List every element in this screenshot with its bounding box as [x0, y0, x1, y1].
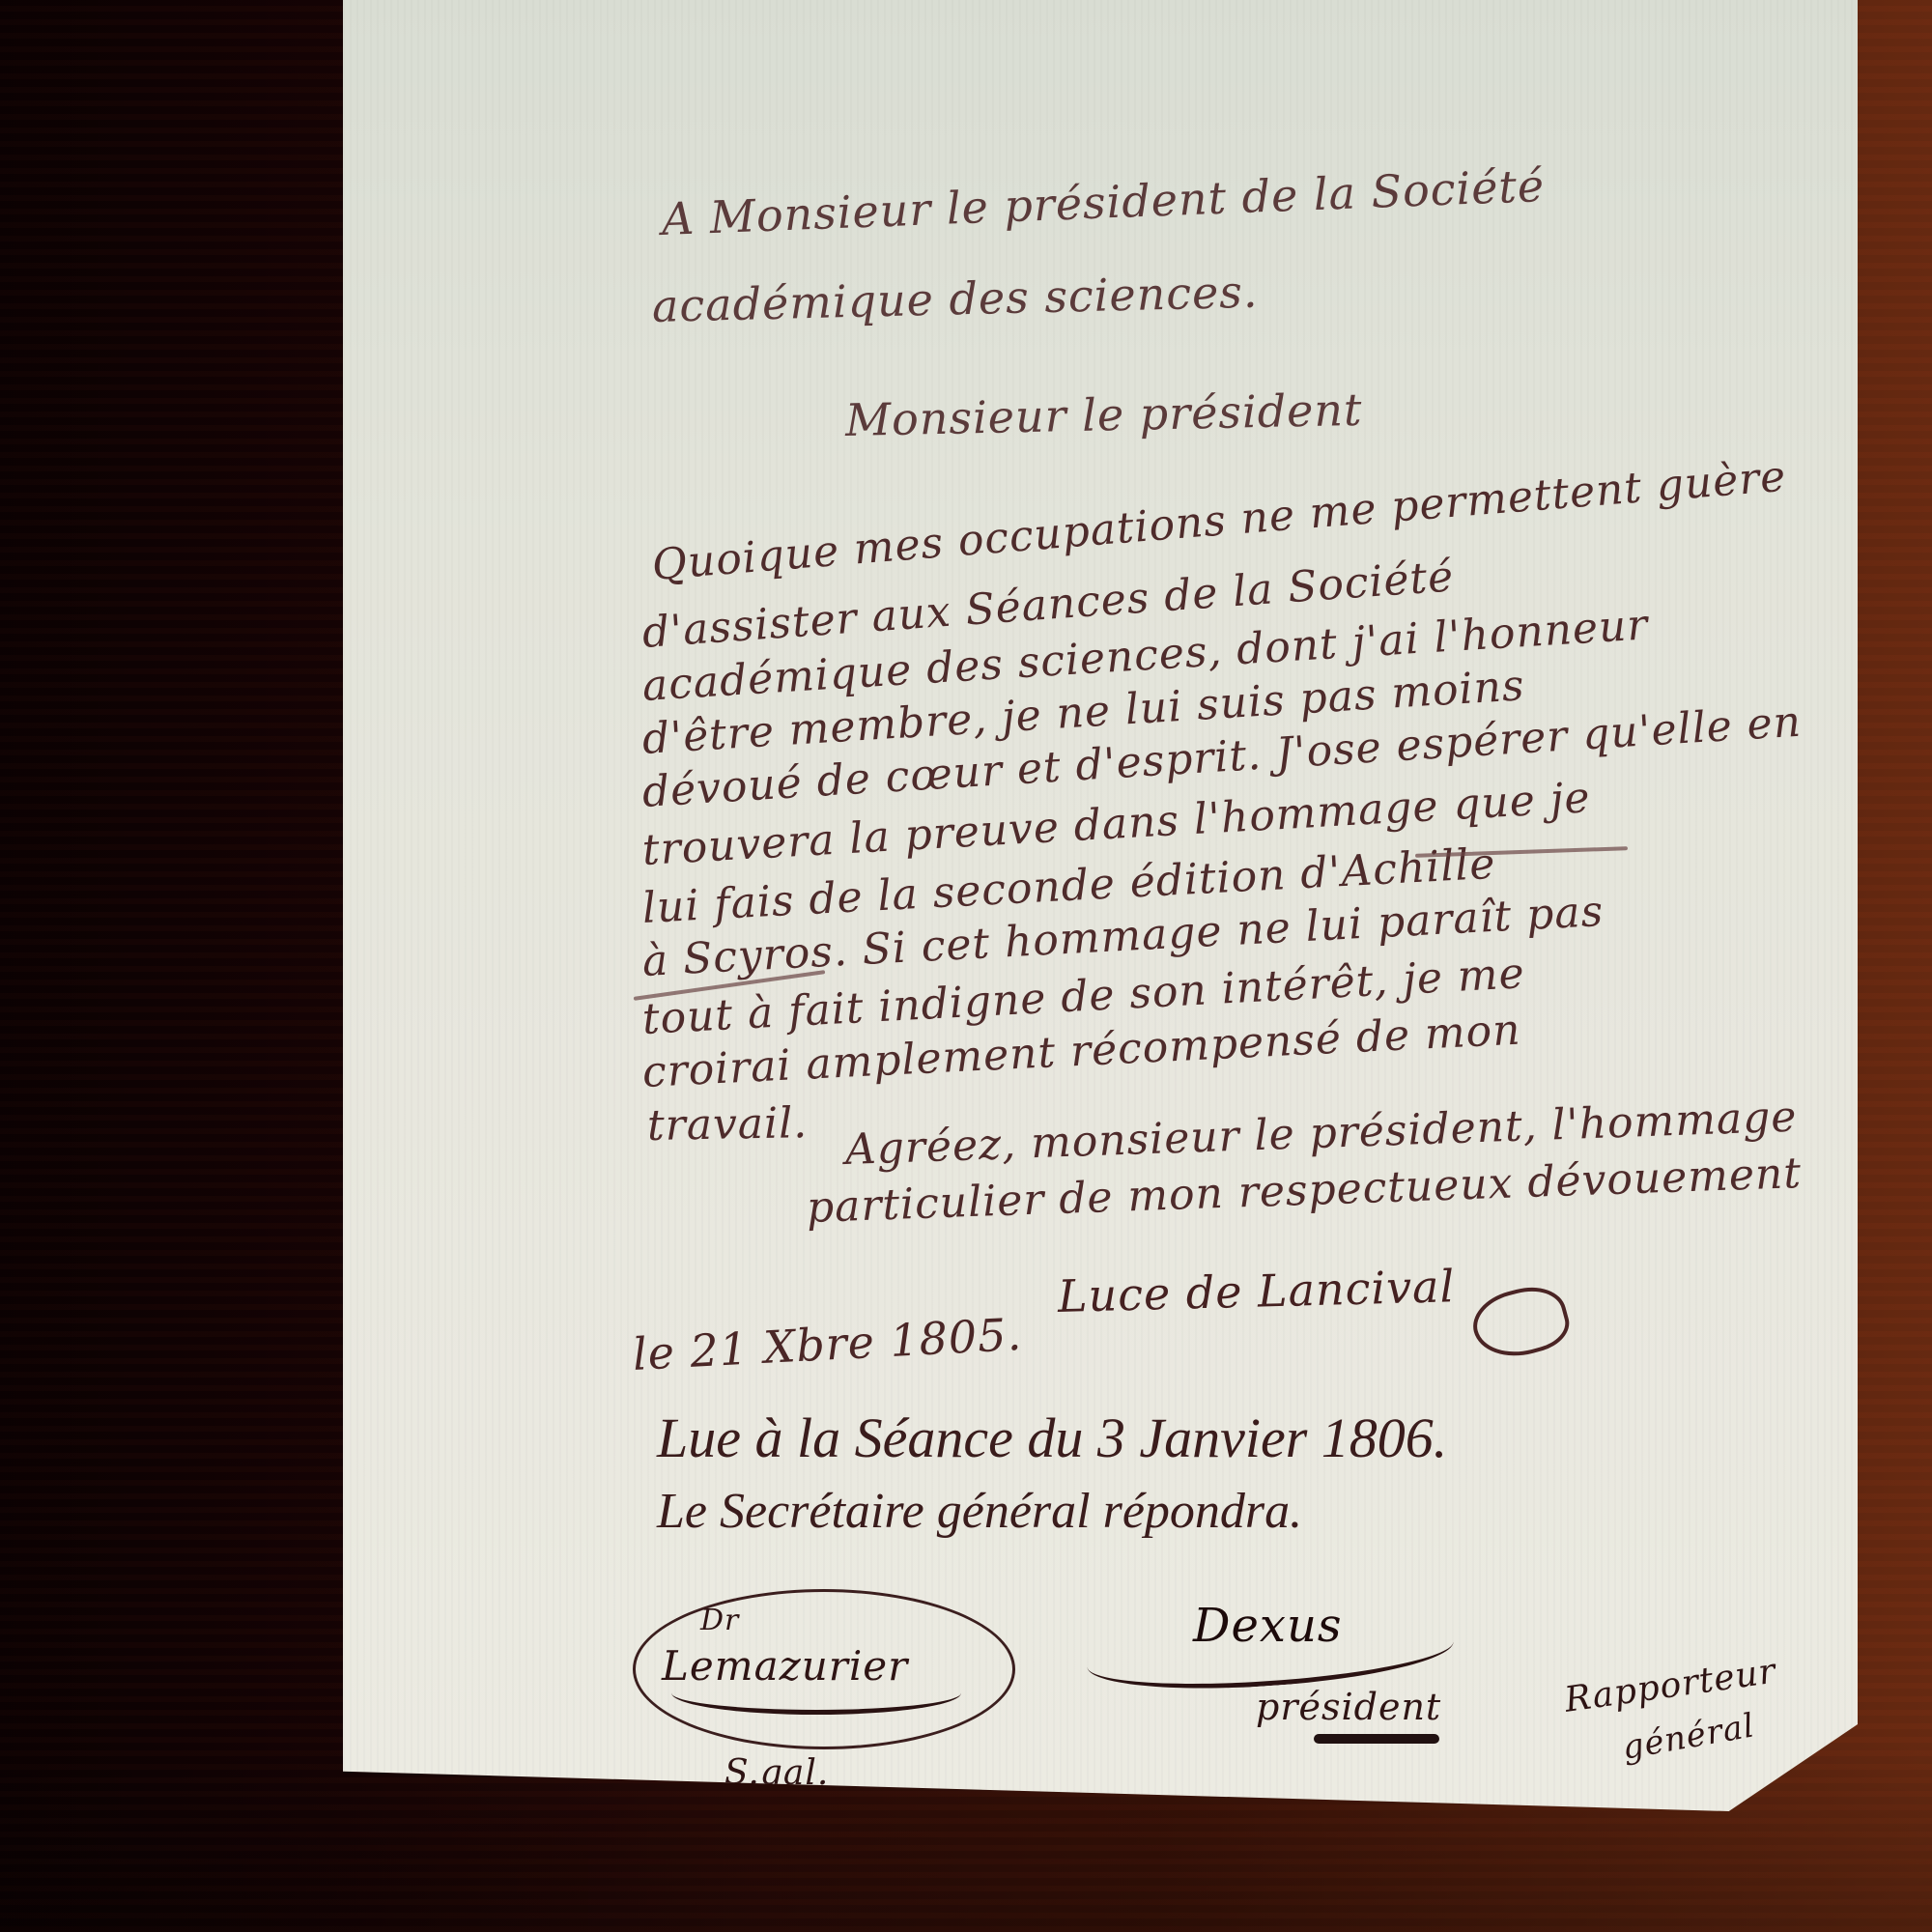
signature-paraph	[1466, 1278, 1575, 1366]
letter-paper: A Monsieur le président de la Société ac…	[343, 0, 1858, 1811]
address-line-1: A Monsieur le président de la Société	[661, 159, 1546, 245]
letter-date: le 21 Xbre 1805.	[632, 1308, 1024, 1380]
author-signature: Luce de Lancival	[1057, 1260, 1456, 1322]
president-underline	[1314, 1734, 1439, 1744]
annotation-line-2: Le Secrétaire général répondra.	[657, 1483, 1302, 1540]
seal-prefix: Dr	[700, 1604, 739, 1637]
annotation-line-1: Lue à la Séance du 3 Janvier 1806.	[657, 1406, 1447, 1470]
body-line: travail.	[647, 1098, 809, 1151]
salutation: Monsieur le président	[844, 384, 1363, 446]
address-line-2: académique des sciences.	[651, 266, 1259, 332]
seal-flourish	[671, 1671, 961, 1715]
president-title: président	[1256, 1686, 1441, 1728]
rapporteur-title: général	[1620, 1706, 1758, 1767]
